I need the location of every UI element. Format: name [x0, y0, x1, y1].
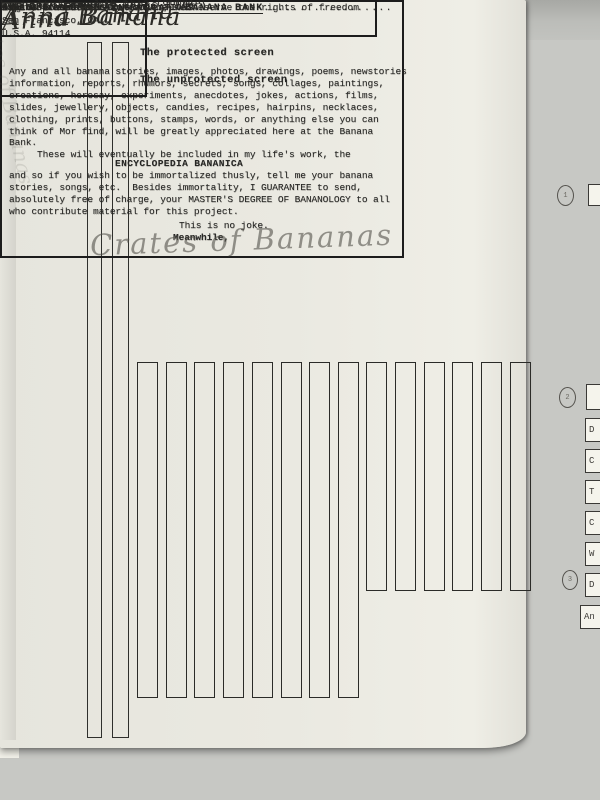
- vertical-bar: [338, 362, 359, 698]
- margin-letter: D: [589, 425, 594, 435]
- margin-letter: T: [589, 487, 594, 497]
- vertical-bar: [223, 362, 244, 698]
- vertical-bar: [481, 362, 502, 591]
- vertical-bar: [137, 362, 158, 698]
- margin-circled-number: 1: [557, 185, 574, 206]
- vertical-bar: [510, 362, 531, 591]
- margin-circled-number: 3: [562, 570, 578, 590]
- vertical-bars-long-group: [137, 362, 359, 698]
- margin-letter: W: [589, 549, 594, 559]
- handwritten-crates-of-bananas: Crates of Bananas: [89, 218, 393, 263]
- circled-number-label: 2: [565, 394, 569, 402]
- margin-letter-box: D: [585, 573, 600, 597]
- vertical-bar: [424, 362, 445, 591]
- vertical-bars-short-group: [366, 362, 531, 591]
- encyclopedia-title: ENCYCLOPEDIA BANANICA: [115, 158, 243, 170]
- vertical-bar: [395, 362, 416, 591]
- margin-letter: C: [589, 518, 594, 528]
- margin-letter-box: C: [585, 511, 600, 535]
- vertical-bar: [252, 362, 273, 698]
- margin-circled-number: 2: [559, 387, 576, 408]
- margin-letter-box: T: [585, 480, 600, 504]
- margin-letter: C: [589, 456, 594, 466]
- margin-letter: An: [584, 612, 595, 622]
- margin-letter-box: C: [585, 449, 600, 473]
- circled-number-label: 1: [563, 192, 567, 200]
- margin-letter-box: An: [580, 605, 600, 629]
- margin-box-partial: [588, 184, 600, 206]
- open-formular-box: THE OPEN FORMULAR - A plus B equals Anna…: [0, 0, 147, 97]
- vertical-bar: [281, 362, 302, 698]
- vertical-bar: [166, 362, 187, 698]
- margin-letter-box: W: [585, 542, 600, 566]
- photo-of-book-page: The protected screen The unprotected scr…: [0, 0, 600, 800]
- vertical-bar: [194, 362, 215, 698]
- margin-letter: D: [589, 580, 594, 590]
- circled-number-label: 3: [568, 576, 572, 584]
- margin-letter-box: D: [585, 418, 600, 442]
- vertical-bar: [309, 362, 330, 698]
- vertical-bar: [366, 362, 387, 591]
- vertical-bar: [452, 362, 473, 591]
- margin-box-partial: [586, 384, 600, 410]
- body-paragraph-2: and so if you wish to be immortalized th…: [9, 170, 390, 218]
